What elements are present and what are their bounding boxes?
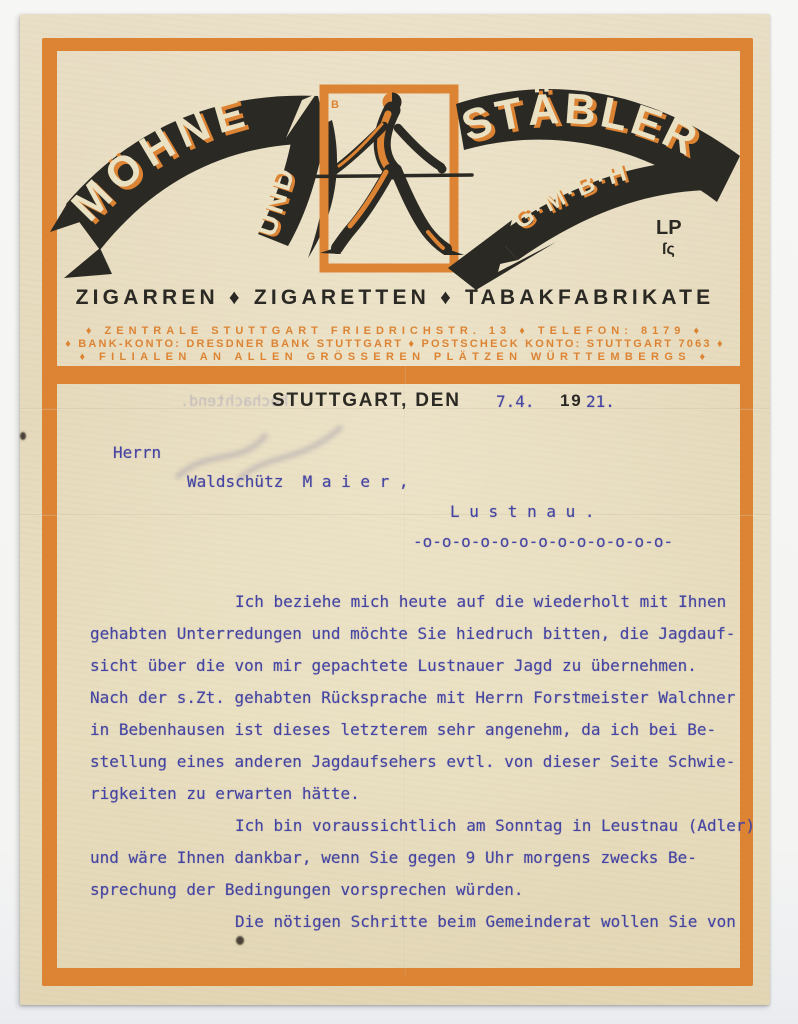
brand-word-moehne: MÖHNE (62, 87, 256, 230)
frame-top-border (42, 38, 753, 51)
body-line: in Bebenhausen ist dieses letzterem sehr… (90, 714, 762, 746)
brand-word-staebler: STÄBLER (456, 85, 708, 167)
recipient-name: Waldschütz M a i e r , (187, 472, 409, 491)
recipient-place: L u s t n a u . (450, 502, 595, 521)
recipient-salutation: Herrn (113, 443, 161, 462)
fold-crease-upper (20, 408, 770, 410)
svg-text:ſς: ſς (662, 241, 675, 258)
striding-man-figure (308, 93, 472, 256)
contact-line-zentrale: ♦ ZENTRALE STUTTGART FRIEDRICHSTR. 13 ♦ … (45, 325, 745, 337)
product-tagline: ZIGARREN ♦ ZIGARETTEN ♦ TABAKFABRIKATE (50, 286, 740, 310)
body-line: rigkeiten zu erwarten hätte. (90, 778, 762, 810)
letter-paper: MÖHNE MÖHNE UND UND B (20, 14, 770, 1005)
body-line: Ich bin voraussichtlich am Sonntag in Le… (90, 810, 762, 842)
svg-text:LP: LP (656, 217, 682, 239)
typed-divider: -o-o-o-o-o-o-o-o-o-o-o-o-o- (413, 532, 673, 551)
frame-bottom-border (42, 968, 753, 986)
body-line: und wäre Ihnen dankbar, wenn Sie gegen 9… (90, 842, 762, 874)
body-line: gehabten Unterredungen und möchte Sie hi… (90, 618, 762, 650)
contact-line-bank: ♦ BANK-KONTO: DRESDNER BANK STUTTGART ♦ … (45, 338, 745, 350)
body-line: stellung eines anderen Jagdaufsehers evt… (90, 746, 762, 778)
body-line: sprechung der Bedingungen vorsprechen wü… (90, 874, 762, 906)
body-line: Die nötigen Schritte beim Gemeinderat wo… (90, 906, 762, 938)
fold-crease-lower (20, 514, 770, 516)
body-line: Nach der s.Zt. gehabten Rücksprache mit … (90, 682, 762, 714)
body-line: sicht über die von mir gepachtete Lustna… (90, 650, 762, 682)
paper-speck-left-edge (20, 432, 26, 440)
letterhead-divider-band (42, 366, 753, 384)
artist-monogram: LP ſς (656, 217, 682, 258)
letter-body: Ich beziehe mich heute auf die wiederhol… (90, 586, 762, 938)
contact-line-filialen: ♦ FILIALEN AN ALLEN GRÖSSEREN PLÄTZEN WÜ… (45, 351, 745, 363)
brand-banner-artwork: MÖHNE MÖHNE UND UND B (50, 72, 755, 292)
body-line: Ich beziehe mich heute auf die wiederhol… (90, 586, 762, 618)
box-letter-b: B (331, 99, 339, 111)
